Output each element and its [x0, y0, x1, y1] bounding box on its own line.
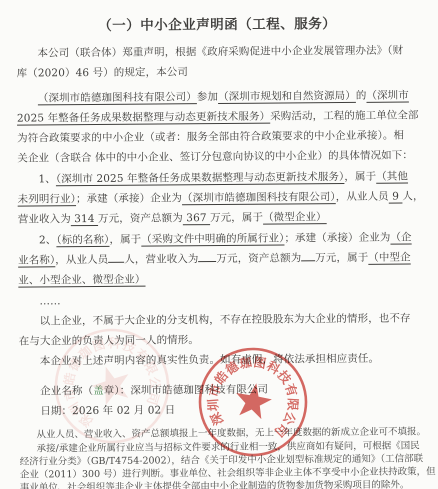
filled-field: （深圳市规划和自然资源局）: [218, 90, 356, 103]
text-run: ，从业人员: [336, 191, 389, 203]
document-body: 本公司（联合体）郑重声明，根据《政府采购促进中小企业发展管理办法》（财库（202…: [16, 40, 425, 422]
filled-field: （深圳市: [366, 89, 408, 101]
text-run: 营业收入为: [18, 214, 71, 226]
page-title: （一）中小企业声明函（工程、服务）: [0, 11, 436, 34]
blank-field: [198, 250, 216, 262]
blank-field: [301, 249, 315, 261]
scanned-sheet: （一）中小企业声明函（工程、服务） 本公司（联合体）郑重声明，根据《政府采购促进…: [0, 0, 438, 489]
body-line: 未列明行业）；承建（承接）企业为（深圳市皓德珈图科技有限公司），从业人员 9 人…: [18, 186, 424, 209]
blank-field: [108, 251, 124, 263]
filled-field: （标的名称）: [56, 234, 109, 246]
filled-field: （其他: [376, 170, 408, 182]
text-run: 本公司（联合体）郑重声明，根据《政府采购促进中小企业发展管理办法》（财: [37, 45, 403, 60]
filled-field: 367: [183, 212, 210, 224]
text-run: 本企业对上述声明内容的真实性负责。如有虚假，将依法承担相应责任。: [40, 353, 379, 368]
text-run: 参加: [197, 91, 218, 103]
body-line: 本企业对上述声明内容的真实性负责。如有虚假，将依法承担相应责任。: [19, 349, 425, 372]
body-line: 关企业（含联合 体中的中小企业、签订分包意向协议的中小企业）的具体情况如下：: [17, 146, 423, 169]
body-line: 业名称），从业人员人，营业收入为万元，资产总额为万元，属于（中型企: [18, 247, 424, 270]
text-run: 盖: [93, 385, 104, 397]
text-run: 库（2020）46 号）的规定，本公司: [17, 67, 188, 80]
body-line: 本公司（联合体）郑重声明，根据《政府采购促进中小企业发展管理办法》（财: [16, 40, 422, 63]
text-run: 章）：深圳市皓德珈图科技有限公司: [104, 383, 268, 396]
filled-field: （深圳市皓德珈图科技有限公司）: [182, 191, 336, 204]
filled-field: （企: [390, 231, 411, 243]
text-run: 采购活动，工程的施工单位全部: [270, 109, 418, 122]
filled-field: （采购文件中明确的所属行业）: [141, 232, 284, 245]
filled-field: 9: [389, 191, 403, 203]
text-run: 在与大企业的负责人为同一人的情形。: [19, 334, 199, 347]
text-run: 人，: [402, 190, 423, 202]
text-run: 的: [356, 89, 367, 101]
date-line: 日期：2026 年 02 月 02 日: [19, 398, 425, 421]
filled-field: 业、小型企业、微型企业）: [18, 274, 145, 287]
text-run: ……: [39, 295, 60, 307]
document-page: （一）中小企业声明函（工程、服务） 本公司（联合体）郑重声明，根据《政府采购促进…: [0, 0, 438, 489]
filled-field: 未列明行业）: [18, 193, 76, 205]
filled-field: （深圳市 2025 年整备任务成果数据整理与动态更新技术服务）: [56, 171, 345, 185]
text-run: 为符合政策要求的中小企业（或者：服务全部由符合政策要求的中小企业承接）。相: [17, 130, 404, 145]
text-run: 以上企业，不属于大企业的分支机构，不存在控股股东为大企业的情形，也不存: [40, 312, 411, 327]
filled-field: 业名称）: [18, 254, 55, 266]
text-run: 2、: [39, 234, 56, 246]
footnotes: 从业人员、营业收入、资产总额填报上一年度数据，无上一年度数据的新成立企业可不填报…: [19, 426, 426, 489]
body-line: 库（2020）46 号）的规定，本公司: [17, 61, 423, 84]
text-run: ，属于: [109, 233, 141, 245]
filled-field: （中型企: [368, 251, 410, 263]
text-run: 从业人员、营业收入、资产总额填报上一年度数据，无上一年度数据的新成立企业可不填报…: [36, 427, 426, 441]
text-run: 事业单位、社会组织等非企业主体提供全部由中小企业制造的货物参加货物采购项目的除外…: [20, 480, 410, 489]
text-run: 1、: [38, 173, 55, 185]
body-line: 以上企业，不属于大企业的分支机构，不存在控股股东为大企业的情形，也不存: [19, 308, 425, 331]
text-run: 企业名称（: [40, 385, 93, 397]
text-run: 万元，资产总额为: [98, 213, 183, 226]
text-run: ；承建（承接）企业为: [76, 192, 182, 205]
text-run: 万元，资产总额为: [216, 252, 301, 265]
text-run: 万元，属于: [315, 252, 368, 264]
filled-field: 314: [71, 213, 98, 225]
text-run: 人，营业收入为: [124, 253, 198, 266]
filled-field: （微型企业）: [263, 212, 327, 224]
text-run: ，从业人员: [55, 254, 108, 266]
text-run: 关企业（含联合 体中的中小企业、签订分包意向协议的中小企业）的具体情况如下：: [17, 150, 413, 165]
text-run: 日期：2026 年 02 月 02 日: [40, 404, 175, 417]
filled-field: 2025 年整备任务成果数据整理与动态更新技术服务）: [17, 110, 270, 124]
filled-field: （深圳市皓德珈图科技有限公司）: [38, 91, 197, 104]
text-run: 万元，属于: [210, 212, 263, 224]
text-run: ，属于: [344, 171, 376, 183]
text-run: ；承建（承接）企业为: [284, 231, 390, 244]
